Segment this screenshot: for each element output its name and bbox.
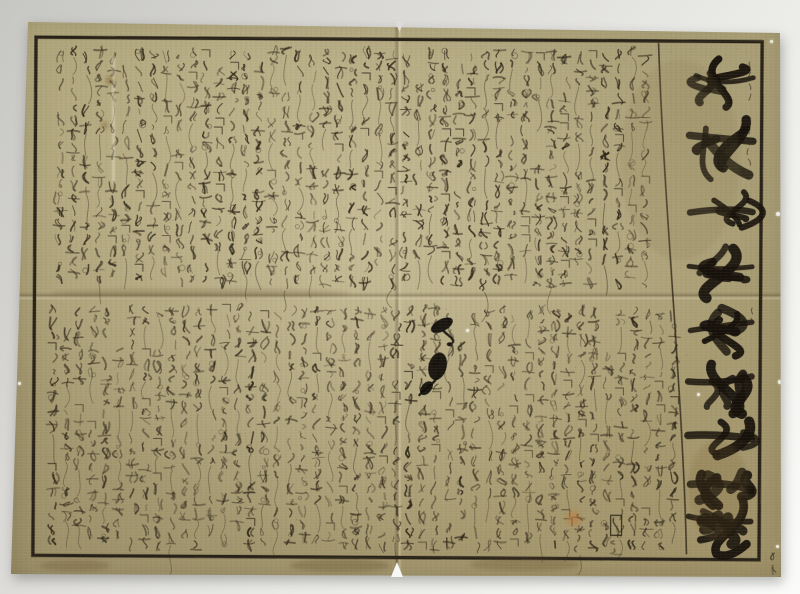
- stain-mark: [50, 289, 350, 298]
- photo-background: 枕詞おやまれあがつくし まくらことば: [0, 0, 800, 594]
- stain-mark: [620, 60, 740, 260]
- worm-hole: [776, 545, 779, 548]
- crease-streak: [112, 56, 115, 184]
- worm-hole: [776, 212, 780, 216]
- stain-mark: [688, 440, 748, 540]
- worm-hole: [9, 157, 12, 160]
- worm-hole: [6, 149, 10, 153]
- worm-hole: [18, 382, 21, 385]
- worm-hole: [778, 380, 782, 384]
- stain-mark: [566, 511, 581, 526]
- stain-mark: [101, 122, 108, 129]
- paper-shadow-wrap: 枕詞おやまれあがつくし まくらことば: [0, 0, 800, 594]
- worm-hole: [697, 393, 700, 396]
- stain-mark: [386, 12, 406, 26]
- stain-mark: [40, 560, 110, 571]
- worm-hole: [466, 329, 469, 332]
- worm-hole: [770, 40, 773, 43]
- paper-sheet: 枕詞おやまれあがつくし まくらことば: [0, 0, 800, 594]
- stain-mark: [290, 559, 390, 572]
- stain-mark: [470, 558, 580, 571]
